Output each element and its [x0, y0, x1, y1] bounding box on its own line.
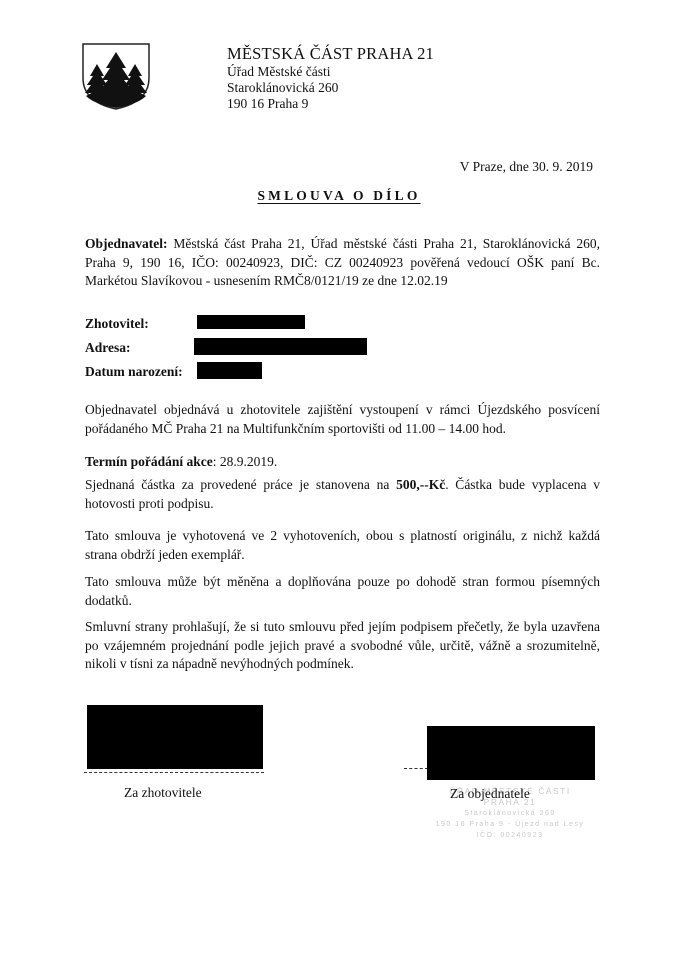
place-and-date: V Praze, dne 30. 9. 2019 — [460, 159, 593, 175]
price-amount: 500,--Kč — [396, 477, 445, 492]
organization-street: Staroklánovická 260 — [227, 80, 434, 96]
order-paragraph: Objednavatel objednává u zhotovitele zaj… — [85, 401, 600, 438]
organization-name: MĚSTSKÁ ČÁST PRAHA 21 — [227, 44, 434, 64]
address-redacted — [194, 338, 367, 355]
client-signature-label: Za objednatele — [450, 786, 530, 802]
contractor-signature-label: Za zhotovitele — [124, 785, 202, 801]
client-signature-redacted — [427, 726, 595, 780]
event-date-label: Termín pořádání akce — [85, 454, 213, 469]
ordering-party-label: Objednavatel: — [85, 236, 168, 251]
birth-date-redacted — [197, 362, 262, 379]
contractor-label: Zhotovitel: — [85, 316, 149, 332]
client-signature-line — [404, 768, 428, 769]
event-date-line: Termín pořádání akce: 28.9.2019. — [85, 453, 600, 472]
birth-date-label: Datum narození: — [85, 364, 183, 380]
contractor-signature-line — [84, 772, 264, 773]
stamp-line: IČO: 00240923 — [425, 830, 595, 841]
municipal-coat-of-arms-logo — [80, 42, 152, 110]
copies-paragraph: Tato smlouva je vyhotovená ve 2 vyhotove… — [85, 527, 600, 564]
organization-city: 190 16 Praha 9 — [227, 96, 434, 112]
contractor-name-redacted — [197, 315, 305, 329]
address-label: Adresa: — [85, 340, 131, 356]
stamp-line: Staroklánovická 260 — [425, 808, 595, 819]
stamp-line: 190 16 Praha 9 - Újezd nad Lesy — [425, 819, 595, 830]
letterhead-address: MĚSTSKÁ ČÁST PRAHA 21 Úřad Městské části… — [227, 44, 434, 112]
contractor-signature-redacted — [87, 705, 263, 769]
price-paragraph: Sjednaná částka za provedené práce je st… — [85, 476, 600, 513]
amendment-paragraph: Tato smlouva může být měněna a doplňován… — [85, 573, 600, 610]
event-date-value: : 28.9.2019. — [213, 454, 278, 469]
coat-of-arms-three-trees-icon — [80, 42, 152, 110]
price-text-pre: Sjednaná částka za provedené práce je st… — [85, 477, 396, 492]
ordering-party-paragraph: Objednavatel: Městská část Praha 21, Úřa… — [85, 235, 600, 291]
declaration-paragraph: Smluvní strany prohlašují, že si tuto sm… — [85, 618, 600, 674]
organization-office: Úřad Městské části — [227, 64, 434, 80]
document-title: SMLOUVA O DÍLO — [0, 188, 678, 204]
